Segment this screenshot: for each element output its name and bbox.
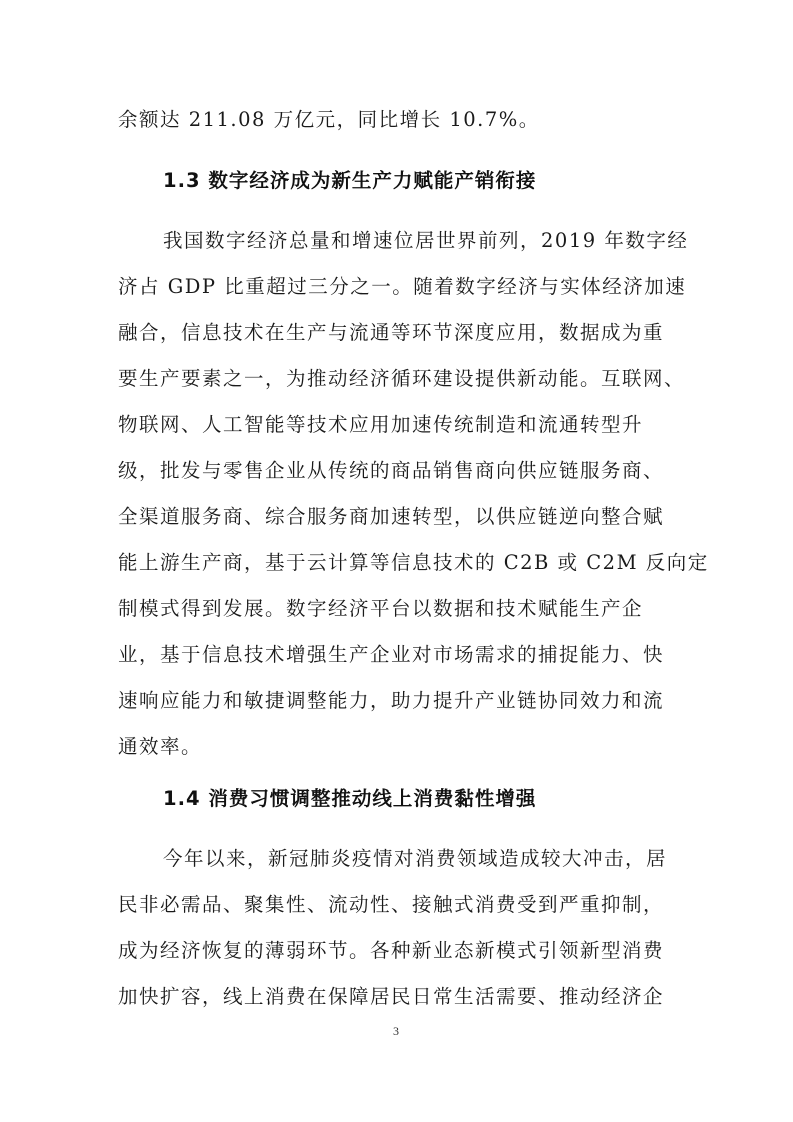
paragraph-line: 民非必需品、聚集性、流动性、接触式消费受到严重抑制， [118,889,664,917]
paragraph-line: 要生产要素之一，为推动经济循环建设提供新动能。互联网、 [118,363,685,391]
paragraph-line: 济占 GDP 比重超过三分之一。随着数字经济与实体经济加速 [118,271,686,299]
paragraph-line: 业，基于信息技术增强生产企业对市场需求的捕捉能力、快 [118,639,664,667]
paragraph-line: 全渠道服务商、综合服务商加速转型，以供应链逆向整合赋 [118,501,664,529]
document-page: 余额达 211.08 万亿元，同比增长 10.7%。 1.3 数字经济成为新生产… [0,0,793,1122]
text-line: 余额达 211.08 万亿元，同比增长 10.7%。 [118,104,540,132]
paragraph-line: 我国数字经济总量和增速位居世界前列，2019 年数字经 [163,225,688,253]
paragraph-line: 能上游生产商，基于云计算等信息技术的 C2B 或 C2M 反向定 [118,547,709,575]
section-heading-1-4: 1.4 消费习惯调整推动线上消费黏性增强 [163,783,536,811]
paragraph-line: 级，批发与零售企业从传统的商品销售商向供应链服务商、 [118,455,664,483]
paragraph-line: 速响应能力和敏捷调整能力，助力提升产业链协同效力和流 [118,685,664,713]
section-heading-1-3: 1.3 数字经济成为新生产力赋能产销衔接 [163,165,536,193]
paragraph-line: 物联网、人工智能等技术应用加速传统制造和流通转型升 [118,409,643,437]
paragraph-line: 加快扩容，线上消费在保障居民日常生活需要、推动经济企 [118,981,664,1009]
paragraph-line: 制模式得到发展。数字经济平台以数据和技术赋能生产企 [118,593,643,621]
paragraph-line: 通效率。 [118,731,202,759]
page-number: 3 [393,1024,399,1039]
paragraph-line: 融合，信息技术在生产与流通等环节深度应用，数据成为重 [118,317,664,345]
paragraph-line: 成为经济恢复的薄弱环节。各种新业态新模式引领新型消费 [118,935,664,963]
paragraph-line: 今年以来，新冠肺炎疫情对消费领域造成较大冲击，居 [163,843,667,871]
